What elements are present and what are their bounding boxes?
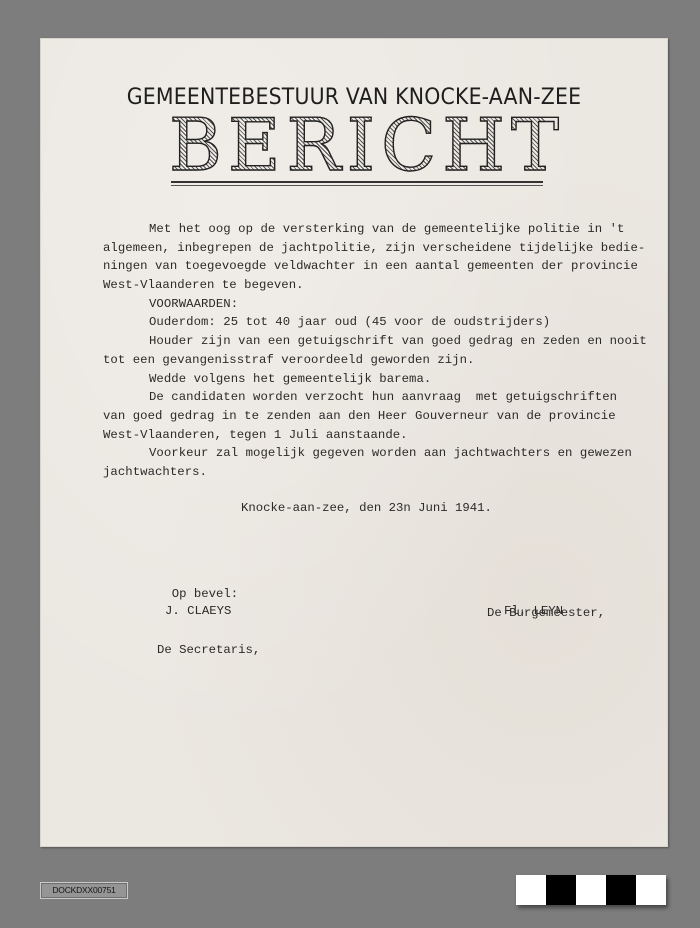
color-swatch xyxy=(516,875,546,905)
body-line: tot een gevangenisstraf veroordeeld gewo… xyxy=(103,351,663,370)
title-underline-secondary xyxy=(171,185,543,186)
document-paper: GEMEENTEBESTUUR VAN KNOCKE-AAN-ZEE BERIC… xyxy=(40,38,668,847)
notice-body: Met het oog op de versterking van de gem… xyxy=(103,220,663,482)
body-line: West-Vlaanderen, tegen 1 Juli aanstaande… xyxy=(103,426,663,445)
body-line: Met het oog op de versterking van de gem… xyxy=(103,220,663,239)
color-swatch xyxy=(636,875,666,905)
color-swatch xyxy=(576,875,606,905)
body-line: ningen van toegevoegde veldwachter in ee… xyxy=(103,257,663,276)
body-line: Houder zijn van een getuigschrift van go… xyxy=(103,332,663,351)
secretary-name: J. CLAEYS xyxy=(165,604,231,618)
title-block: BERICHT xyxy=(169,107,545,187)
color-swatch xyxy=(546,875,576,905)
body-line: Voorkeur zal mogelijk gegeven worden aan… xyxy=(103,444,663,463)
color-calibration-bar xyxy=(516,875,666,905)
order-line: Op bevel: xyxy=(157,585,260,604)
body-line: algemeen, inbegrepen de jachtpolitie, zi… xyxy=(103,239,663,258)
color-swatch xyxy=(606,875,636,905)
body-line: van goed gedrag in te zenden aan den Hee… xyxy=(103,407,663,426)
document-id-label: DOCKDXX00751 xyxy=(40,882,128,899)
signature-left-block: Op bevel: De Secretaris, xyxy=(157,548,260,696)
body-line: De candidaten worden verzocht hun aanvra… xyxy=(103,388,663,407)
secretary-title: De Secretaris, xyxy=(157,641,260,660)
body-line: Ouderdom: 25 tot 40 jaar oud (45 voor de… xyxy=(103,313,663,332)
body-line: jachtwachters. xyxy=(103,463,663,482)
title-underline xyxy=(171,181,543,183)
date-line: Knocke-aan-zee, den 23n Juni 1941. xyxy=(241,501,492,515)
mayor-name: Fl. LEYN xyxy=(504,604,563,618)
body-line: Wedde volgens het gemeentelijk barema. xyxy=(103,370,663,389)
document-title: BERICHT xyxy=(169,107,545,183)
body-line: West-Vlaanderen te begeven. xyxy=(103,276,663,295)
body-line: VOORWAARDEN: xyxy=(103,295,663,314)
